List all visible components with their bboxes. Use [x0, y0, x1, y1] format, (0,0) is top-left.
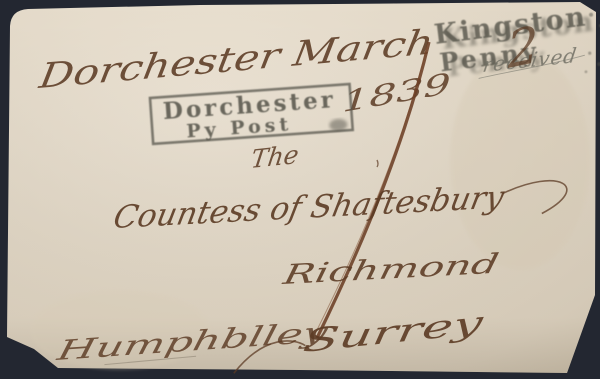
- rate-mark-text: 2: [505, 14, 539, 80]
- address-line-the: The: [246, 139, 304, 174]
- postal-cover-photo: Dorchester March Kingston Kingston Penny…: [0, 0, 600, 379]
- address-the-text: The: [249, 139, 301, 174]
- cover-illustration: Dorchester March Kingston Kingston Penny…: [0, 0, 600, 379]
- paper-stain: [450, 50, 590, 270]
